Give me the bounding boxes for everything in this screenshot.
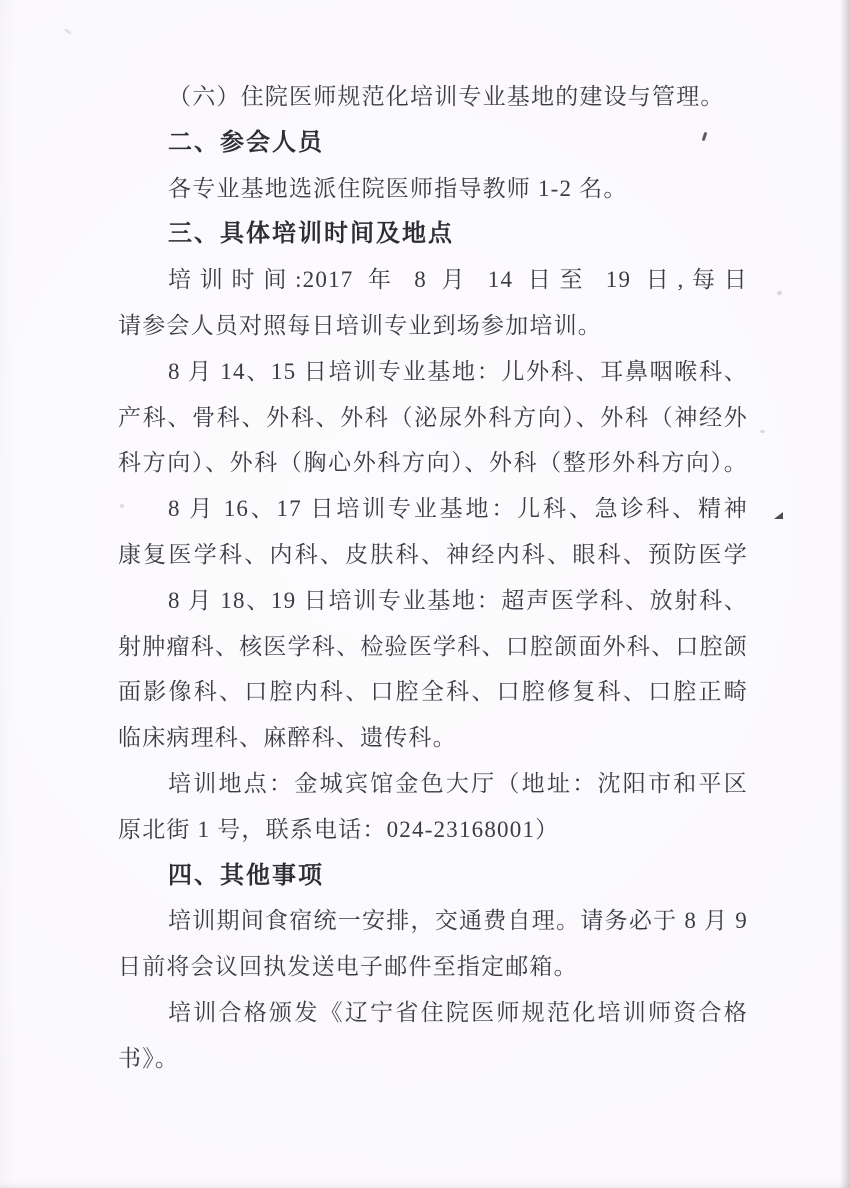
- section-heading-3: 三、具体培训时间及地点: [118, 211, 748, 257]
- scan-speck: [760, 430, 765, 433]
- text-line: 请参会人员对照每日培训专业到场参加培训。: [118, 303, 748, 349]
- scan-speck: [64, 28, 72, 35]
- text-line: 射肿瘤科、核医学科、检验医学科、口腔颌面外科、口腔颌: [118, 624, 748, 670]
- text-line: 8 月 18、19 日培训专业基地：超声医学科、放射科、放: [118, 578, 748, 624]
- scan-edge-shadow: [0, 1182, 850, 1188]
- text-line: 8 月 14、15 日培训专业基地：儿外科、耳鼻咽喉科、妇: [118, 349, 748, 395]
- document-body: （六）住院医师规范化培训专业基地的建设与管理。 二、参会人员 各专业基地选派住院…: [118, 74, 748, 1082]
- scan-speck: [776, 290, 782, 296]
- text-line: 书》。: [118, 1036, 748, 1082]
- text-line: 培训期间食宿统一安排，交通费自理。请务必于 8 月 9: [118, 898, 748, 944]
- text-line: 产科、骨科、外科、外科（泌尿外科方向）、外科（神经外: [118, 395, 748, 441]
- text-line: 培训地点：金城宾馆金色大厅（地址：沈阳市和平区太: [118, 761, 748, 807]
- text-line: 8 月 16、17 日培训专业基地：儿科、急诊科、精神科、: [118, 486, 748, 532]
- text-line: （六）住院医师规范化培训专业基地的建设与管理。: [118, 74, 748, 120]
- text-line: 科方向）、外科（胸心外科方向）、外科（整形外科方向）。: [118, 440, 748, 486]
- text-line: 培训时间:2017 年 8 月 14 日至 19 日,每日 9:00~16:00…: [118, 257, 748, 303]
- section-heading-2: 二、参会人员: [118, 120, 748, 166]
- scan-edge-shadow: [840, 0, 850, 1188]
- scan-speck: [774, 512, 783, 519]
- section-heading-4: 四、其他事项: [118, 853, 748, 899]
- document-page: （六）住院医师规范化培训专业基地的建设与管理。 二、参会人员 各专业基地选派住院…: [0, 0, 850, 1188]
- text-line: 原北街 1 号，联系电话：024-23168001）: [118, 807, 748, 853]
- text-line: 康复医学科、内科、皮肤科、神经内科、眼科、预防医学科。: [118, 532, 748, 578]
- text-line: 各专业基地选派住院医师指导教师 1-2 名。: [118, 166, 748, 212]
- scan-speck: [120, 504, 124, 508]
- text-line: 面影像科、口腔内科、口腔全科、口腔修复科、口腔正畸科、: [118, 669, 748, 715]
- text-line: 培训合格颁发《辽宁省住院医师规范化培训师资合格证: [118, 990, 748, 1036]
- text-line: 日前将会议回执发送电子邮件至指定邮箱。: [118, 944, 748, 990]
- text-line: 临床病理科、麻醉科、遗传科。: [118, 715, 748, 761]
